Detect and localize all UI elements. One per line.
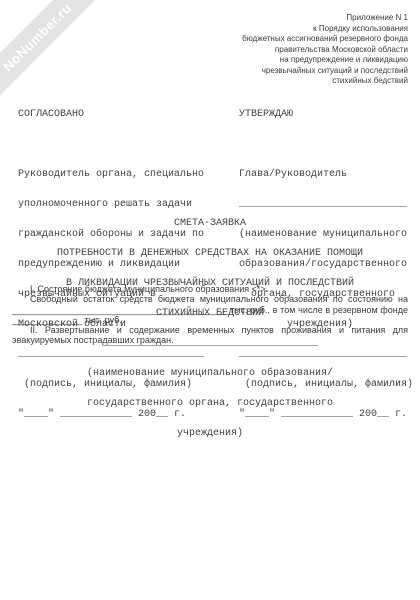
appendix-header-line: Приложение N 1 bbox=[242, 13, 408, 24]
approved-heading: УТВЕРЖДАЮ bbox=[239, 110, 413, 120]
section-1-heading: I. Состояние бюджета муниципального обра… bbox=[12, 284, 408, 294]
appendix-header: Приложение N 1 к Порядку использования б… bbox=[242, 13, 408, 87]
document-title-line: ПОТРЕБНОСТИ В ДЕНЕЖНЫХ СРЕДСТВАХ НА ОКАЗ… bbox=[0, 249, 420, 259]
appendix-header-line: бюджетных ассигнований резервного фонда bbox=[242, 34, 408, 45]
appendix-header-line: правительства Московской области bbox=[242, 45, 408, 56]
appendix-header-line: чрезвычайных ситуаций и последствий bbox=[242, 66, 408, 77]
blank-line bbox=[18, 140, 204, 150]
appendix-header-line: стихийных бедствий bbox=[242, 76, 408, 87]
body-paragraph-line: Свободный остаток средств бюджета муници… bbox=[12, 294, 408, 304]
approved-role-line: Глава/Руководитель bbox=[239, 170, 413, 180]
blank-line bbox=[239, 140, 413, 150]
watermark-text: NoNumber.ru bbox=[0, 0, 74, 74]
amount-fill-line: ______________ тыс. руб. bbox=[12, 315, 408, 325]
org-name-caption: учреждения) bbox=[0, 429, 420, 439]
body-paragraph-line: эвакуируемых пострадавших граждан. bbox=[12, 335, 408, 345]
watermark-banner: NoNumber.ru bbox=[0, 0, 101, 101]
document-title-line: СМЕТА-ЗАЯВКА bbox=[0, 219, 420, 229]
amount-fill-line: ________________________________________… bbox=[12, 305, 408, 315]
appendix-header-line: на предупреждение и ликвидацию bbox=[242, 55, 408, 66]
agreed-heading: СОГЛАСОВАНО bbox=[18, 110, 204, 120]
appendix-header-line: к Порядку использования bbox=[242, 24, 408, 35]
document-body: I. Состояние бюджета муниципального обра… bbox=[12, 284, 408, 346]
org-name-caption: государственного органа, государственног… bbox=[0, 399, 420, 409]
document-page: NoNumber.ru Приложение N 1 к Порядку исп… bbox=[0, 0, 420, 600]
org-name-caption: (наименование муниципального образования… bbox=[0, 369, 420, 379]
agreed-role-line: Руководитель органа, специально bbox=[18, 170, 204, 180]
section-2-heading: II. Развертывание и содержание временных… bbox=[12, 325, 408, 335]
